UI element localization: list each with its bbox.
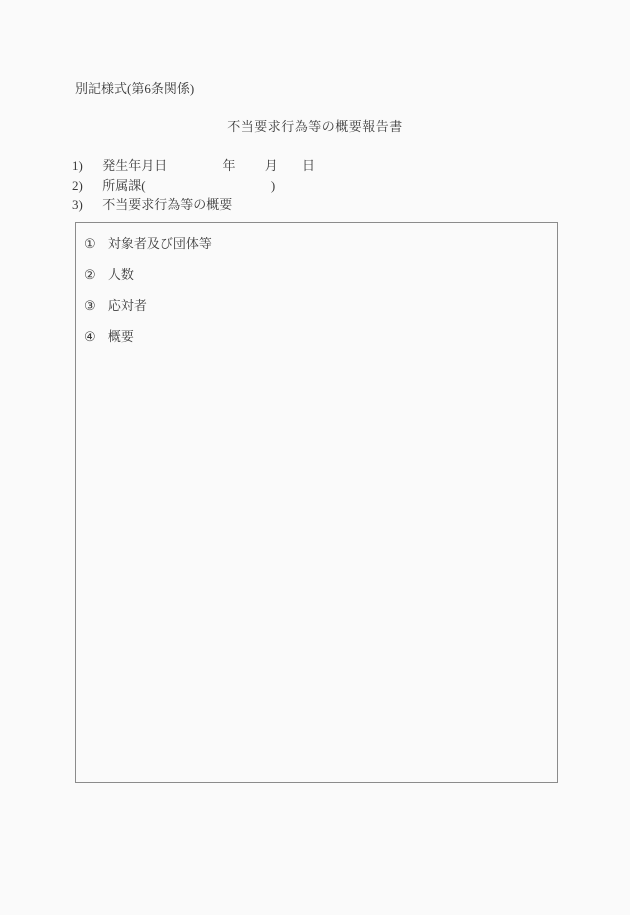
year-unit-label: 年 [223,158,236,173]
field-row-summary-heading: 3) 不当要求行為等の概要 [72,198,232,212]
occurrence-date-label: 発生年月日 [102,158,167,173]
responder-label: 応対者 [108,298,147,313]
field-row-department: 2) 所属課( ) [72,179,275,193]
document-title: 不当要求行為等の概要報告書 [0,120,630,134]
day-unit-label: 日 [302,158,315,173]
summary-box: ① 対象者及び団体等 ② 人数 ③ 応対者 ④ 概要 [75,222,558,783]
report-form-page: 別記様式(第6条関係) 不当要求行為等の概要報告書 1) 発生年月日 年 月 日… [0,0,630,915]
circled-number-1: ① [84,236,96,251]
headcount-label: 人数 [108,267,134,282]
month-unit-label: 月 [265,158,278,173]
summary-heading-label: 不当要求行為等の概要 [102,197,232,212]
summary-item-responder: ③ 応対者 [84,299,557,313]
summary-item-overview: ④ 概要 [84,330,557,344]
department-close-paren: ) [271,178,275,193]
circled-number-4: ④ [84,329,96,344]
field-row-occurrence-date: 1) 発生年月日 年 月 日 [72,159,315,173]
circled-number-2: ② [84,267,96,282]
department-label: 所属課( [102,178,145,193]
subjects-label: 対象者及び団体等 [108,236,212,251]
overview-label: 概要 [108,329,134,344]
summary-item-subjects: ① 対象者及び団体等 [84,237,557,251]
item-number-2: 2) [72,179,84,193]
circled-number-3: ③ [84,298,96,313]
item-number-3: 3) [72,198,84,212]
item-number-1: 1) [72,159,84,173]
form-note: 別記様式(第6条関係) [75,82,194,96]
summary-item-headcount: ② 人数 [84,268,557,282]
